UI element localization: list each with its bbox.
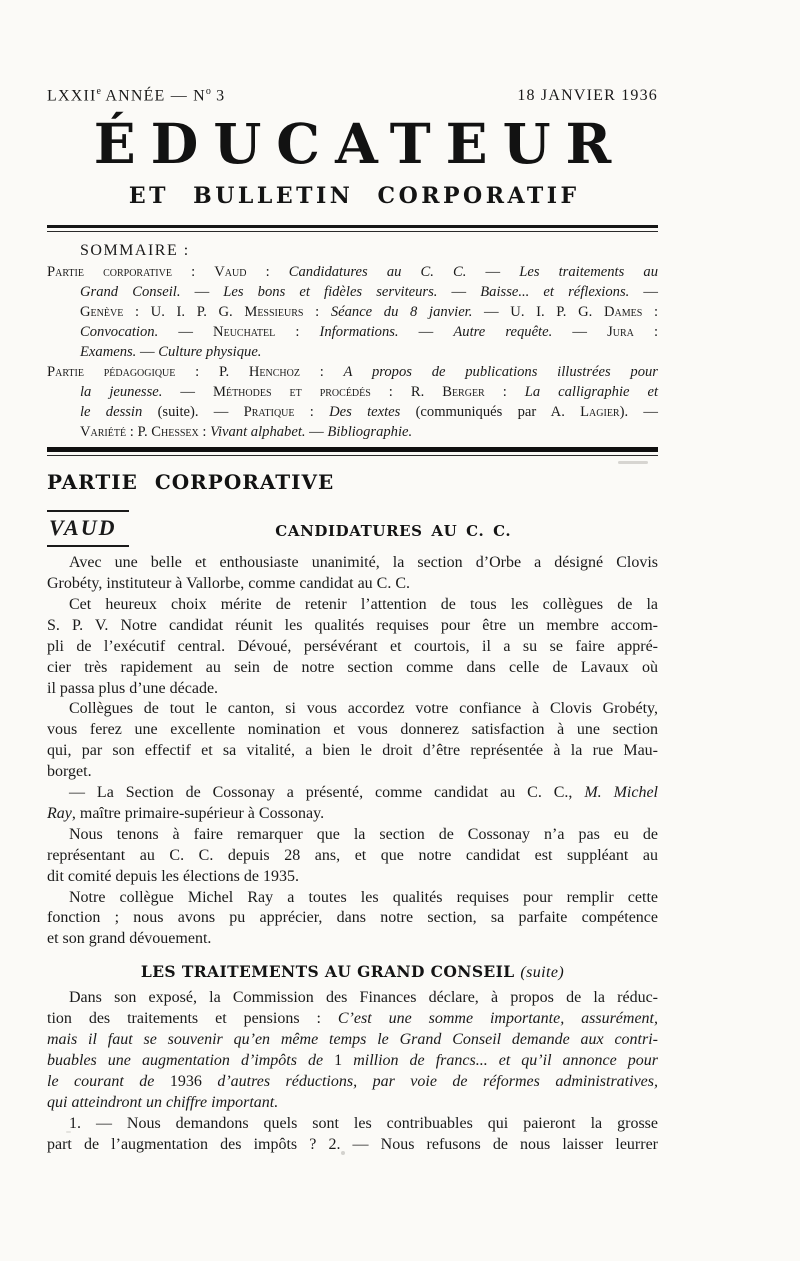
paragraph: Cet heureux choix mérite de retenir l’at… bbox=[47, 595, 658, 700]
sommaire-section: SOMMAIRE : Partie corporative : Vaud : C… bbox=[47, 242, 658, 442]
article2-body: Dans son exposé, la Commission des Finan… bbox=[47, 988, 658, 1155]
text-line: cier très rapidement au sein de notre se… bbox=[47, 658, 658, 679]
text-line: — La Section de Cossonay a présenté, com… bbox=[47, 783, 658, 804]
text-line: et son grand dévouement. bbox=[47, 929, 658, 950]
text-line: tion des traitements et pensions : C’est… bbox=[47, 1009, 658, 1030]
text-line: Genève : U. I. P. G. Messieurs : Séance … bbox=[47, 302, 658, 322]
text-line: Cet heureux choix mérite de retenir l’at… bbox=[47, 595, 658, 616]
sommaire-entries: Partie corporative : Vaud : Candidatures… bbox=[47, 262, 658, 442]
text-line: qui, par son effectif et sa vitalité, a … bbox=[47, 741, 658, 762]
paragraph: Notre collègue Michel Ray a toutes les q… bbox=[47, 888, 658, 951]
article2-title: LES TRAITEMENTS AU GRAND CONSEIL (suite) bbox=[47, 962, 658, 982]
sommaire-label: SOMMAIRE : bbox=[80, 242, 658, 260]
issue-number: LXXIIe ANNÉE — No 3 bbox=[47, 86, 225, 105]
scanned-document-page: LXXIIe ANNÉE — No 3 18 JANVIER 1936 ÉDUC… bbox=[0, 0, 800, 1261]
article1-body: Avec une belle et enthousiaste unanimité… bbox=[47, 553, 658, 950]
text-line: Collègues de tout le canton, si vous acc… bbox=[47, 699, 658, 720]
masthead-subtitle: ET BULLETIN CORPORATIF bbox=[47, 183, 658, 209]
scan-speck bbox=[618, 461, 648, 464]
text-line: dit comité depuis les élections de 1935. bbox=[47, 867, 658, 888]
masthead-title: ÉDUCATEUR bbox=[47, 115, 658, 173]
text-line: représentant au C. C. depuis 28 ans, et … bbox=[47, 846, 658, 867]
scan-speck bbox=[341, 1151, 345, 1155]
region-header-row: VAUD CANDIDATURES AU C. C. bbox=[47, 510, 658, 547]
text-line: Grobéty, instituteur à Vallorbe, comme c… bbox=[47, 574, 658, 595]
text-line: mais il faut se souvenir qu’en même temp… bbox=[47, 1030, 658, 1051]
text-line: S. P. V. Notre candidat réunit les quali… bbox=[47, 616, 658, 637]
text-line: il passa plus d’une décade. bbox=[47, 679, 658, 700]
paragraph: Partie corporative : Vaud : Candidatures… bbox=[47, 262, 658, 362]
divider-heavy-rule bbox=[47, 447, 658, 456]
text-line: le dessin (suite). — Pratique : Des text… bbox=[47, 402, 658, 422]
text-line: part de l’augmentation des impôts ? 2. —… bbox=[47, 1135, 658, 1156]
text-line: qui atteindront un chiffre important. bbox=[47, 1093, 658, 1114]
text-line: Avec une belle et enthousiaste unanimité… bbox=[47, 553, 658, 574]
text-line: borget. bbox=[47, 762, 658, 783]
section-heading: PARTIE CORPORATIVE bbox=[47, 470, 658, 494]
text-line: le courant de 1936 d’autres réductions, … bbox=[47, 1072, 658, 1093]
paragraph: Partie pédagogique : P. Henchoz : A prop… bbox=[47, 362, 658, 442]
text-line: Variété : P. Chessex : Vivant alphabet. … bbox=[47, 422, 658, 442]
paragraph: 1. — Nous demandons quels sont les contr… bbox=[47, 1114, 658, 1156]
text-line: Examens. — Culture physique. bbox=[47, 342, 658, 362]
text-line: vous ferez une excellente nomination et … bbox=[47, 720, 658, 741]
text-line: la jeunesse. — Méthodes et procédés : R.… bbox=[47, 382, 658, 402]
article1-title: CANDIDATURES AU C. C. bbox=[129, 522, 659, 540]
text-line: Partie corporative : Vaud : Candidatures… bbox=[47, 262, 658, 282]
paragraph: Dans son exposé, la Commission des Finan… bbox=[47, 988, 658, 1113]
text-line: fonction ; nous avons pu apprécier, dans… bbox=[47, 908, 658, 929]
text-line: Notre collègue Michel Ray a toutes les q… bbox=[47, 888, 658, 909]
issue-date: 18 JANVIER 1936 bbox=[517, 87, 658, 105]
scan-speck bbox=[66, 1131, 71, 1133]
issue-line: LXXIIe ANNÉE — No 3 18 JANVIER 1936 bbox=[47, 0, 658, 105]
text-line: 1. — Nous demandons quels sont les contr… bbox=[47, 1114, 658, 1135]
text-line: Grand Conseil. — Les bons et fidèles ser… bbox=[47, 282, 658, 302]
divider-double-rule bbox=[47, 225, 658, 232]
scan-speck bbox=[150, 1143, 153, 1146]
text-line: pli de l’exécutif central. Dévoué, persé… bbox=[47, 637, 658, 658]
paragraph: Nous tenons à faire remarquer que la sec… bbox=[47, 825, 658, 888]
text-line: Dans son exposé, la Commission des Finan… bbox=[47, 988, 658, 1009]
text-line: Partie pédagogique : P. Henchoz : A prop… bbox=[47, 362, 658, 382]
paragraph: Avec une belle et enthousiaste unanimité… bbox=[47, 553, 658, 595]
text-line: buables une augmentation d’impôts de 1 m… bbox=[47, 1051, 658, 1072]
text-line: Nous tenons à faire remarquer que la sec… bbox=[47, 825, 658, 846]
paragraph: — La Section de Cossonay a présenté, com… bbox=[47, 783, 658, 825]
text-line: Ray, maître primaire-supérieur à Cossona… bbox=[47, 804, 658, 825]
region-label-vaud: VAUD bbox=[47, 510, 129, 547]
text-line: Convocation. — Neuchatel : Informations.… bbox=[47, 322, 658, 342]
paragraph: Collègues de tout le canton, si vous acc… bbox=[47, 699, 658, 783]
